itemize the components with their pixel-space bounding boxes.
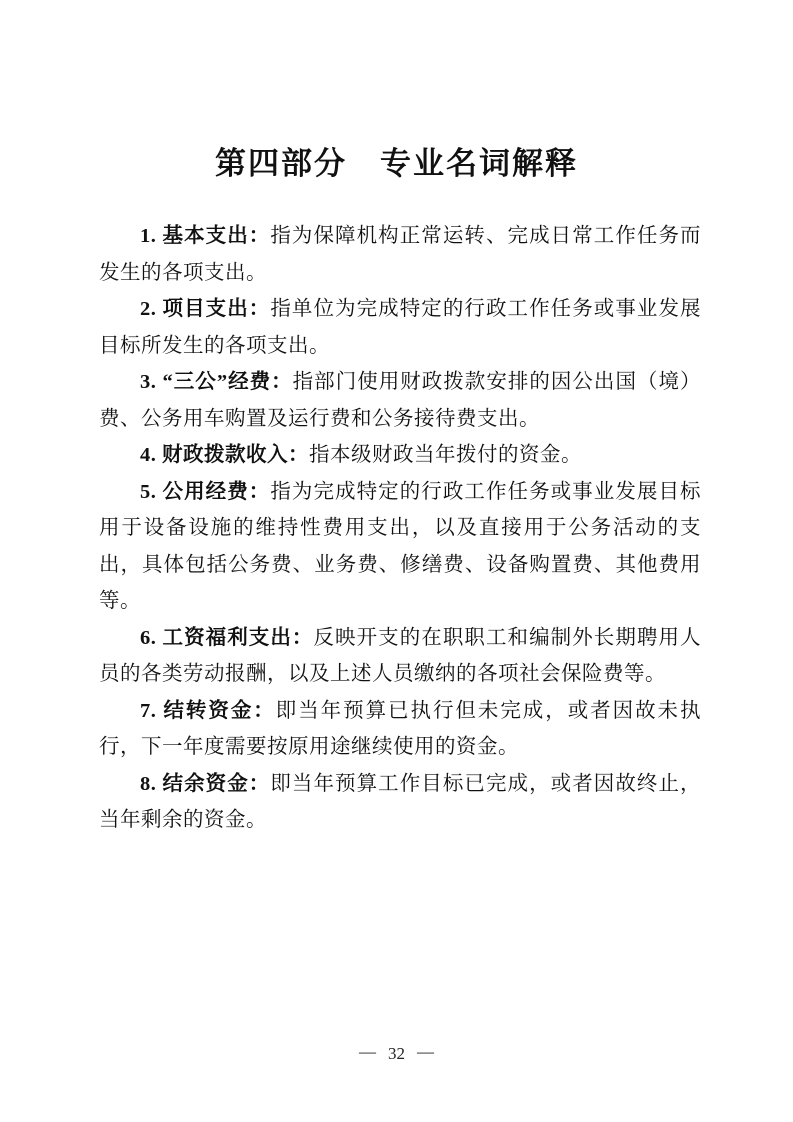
page-footer: —32— [0,1044,793,1064]
term-definition: 指本级财政当年拨付的资金。 [309,444,582,466]
document-page: 第四部分 专业名词解释 1. 基本支出：指为保障机构正常运转、完成日常工作任务而… [0,0,793,1122]
page-number: 32 [388,1044,405,1063]
term-item-wage-welfare-expenditure: 6. 工资福利支出：反映开支的在职职工和编制外长期聘用人员的各类劳动报酬，以及上… [99,620,701,693]
term-label: 5. 公用经费： [140,481,270,503]
term-item-project-expenditure: 2. 项目支出：指单位为完成特定的行政工作任务或事业发展目标所发生的各项支出。 [99,291,701,364]
term-label: 6. 工资福利支出： [140,627,313,649]
term-item-three-public-funds: 3. “三公”经费：指部门使用财政拨款安排的因公出国（境）费、公务用车购置及运行… [99,364,701,437]
term-label: 4. 财政拨款收入： [140,444,309,466]
term-label: 3. “三公”经费： [140,371,293,393]
term-item-public-funds: 5. 公用经费：指为完成特定的行政工作任务或事业发展目标用于设备设施的维持性费用… [99,474,701,620]
term-item-basic-expenditure: 1. 基本支出：指为保障机构正常运转、完成日常工作任务而发生的各项支出。 [99,218,701,291]
footer-right-dash: — [417,1042,434,1062]
term-item-surplus-funds: 8. 结余资金：即当年预算工作目标已完成，或者因故终止，当年剩余的资金。 [99,766,701,839]
footer-left-dash: — [359,1042,376,1062]
term-label: 8. 结余资金： [140,773,270,795]
term-label: 7. 结转资金： [140,700,276,722]
page-title: 第四部分 专业名词解释 [0,142,793,186]
term-label: 2. 项目支出： [140,298,270,320]
term-label: 1. 基本支出： [140,225,270,247]
term-item-fiscal-appropriation-income: 4. 财政拨款收入：指本级财政当年拨付的资金。 [99,437,701,474]
glossary-body: 1. 基本支出：指为保障机构正常运转、完成日常工作任务而发生的各项支出。 2. … [99,218,701,839]
term-item-carryover-funds: 7. 结转资金：即当年预算已执行但未完成，或者因故未执行，下一年度需要按原用途继… [99,693,701,766]
